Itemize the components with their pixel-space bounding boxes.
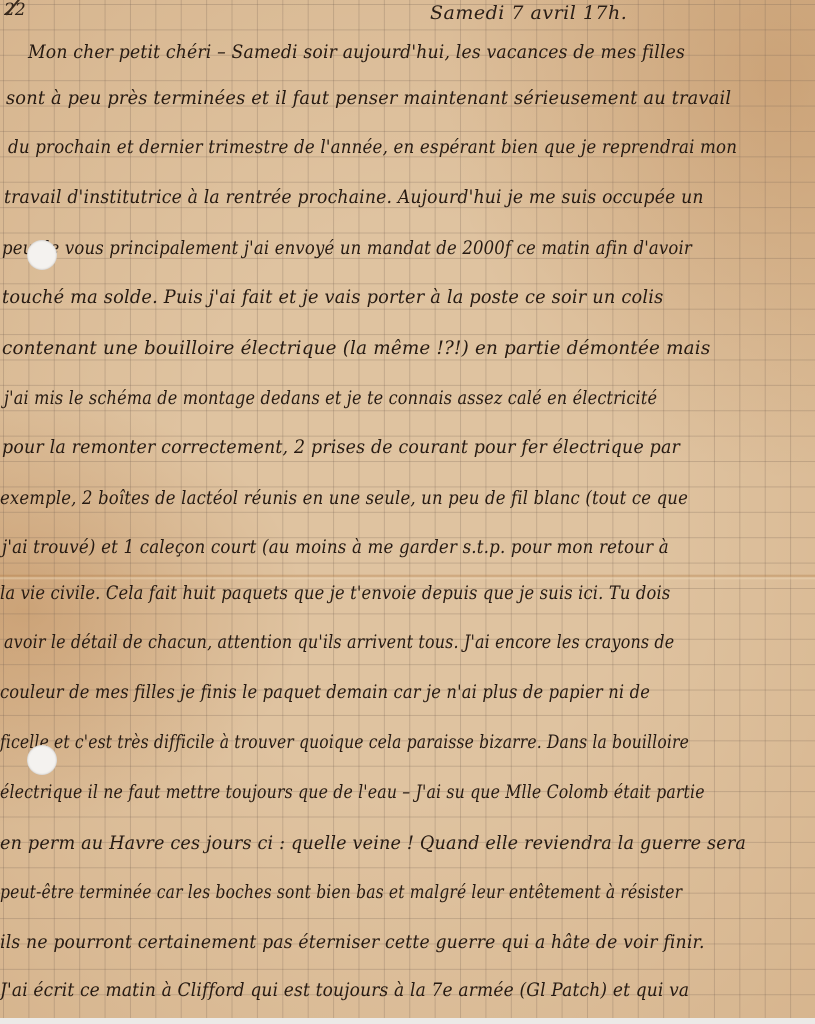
letter-line-2: sont à peu près terminées et il faut pen… bbox=[6, 88, 731, 109]
punch-hole-top bbox=[27, 240, 57, 270]
letter-line-7: contenant une bouilloire électrique (la … bbox=[2, 338, 710, 359]
letter-date: Samedi 7 avril 17h. bbox=[430, 2, 627, 24]
letter-line-5: peu de vous principalement j'ai envoyé u… bbox=[2, 238, 692, 259]
letter-line-14: couleur de mes filles je finis le paquet… bbox=[0, 682, 650, 703]
letter-page: 22 Samedi 7 avril 17h. Mon cher petit ch… bbox=[0, 0, 815, 1018]
letter-line-19: ils ne pourront certainement pas éternis… bbox=[0, 932, 705, 953]
letter-line-13: avoir le détail de chacun, attention qu'… bbox=[4, 632, 674, 653]
letter-line-20: J'ai écrit ce matin à Clifford qui est t… bbox=[0, 980, 689, 1001]
letter-line-10: exemple, 2 boîtes de lactéol réunis en u… bbox=[0, 488, 688, 509]
punch-hole-bottom bbox=[27, 745, 57, 775]
letter-line-12: la vie civile. Cela fait huit paquets qu… bbox=[0, 583, 670, 604]
letter-line-16: électrique il ne faut mettre toujours qu… bbox=[0, 782, 705, 803]
letter-line-11: j'ai trouvé) et 1 caleçon court (au moin… bbox=[2, 537, 669, 558]
letter-line-17: en perm au Havre ces jours ci : quelle v… bbox=[0, 833, 746, 854]
scan-margin bbox=[0, 1018, 815, 1024]
letter-line-18: peut-être terminée car les boches sont b… bbox=[0, 882, 682, 903]
letter-line-1: Mon cher petit chéri – Samedi soir aujou… bbox=[28, 42, 685, 63]
letter-line-3: du prochain et dernier trimestre de l'an… bbox=[8, 137, 737, 158]
fold-crease bbox=[0, 574, 815, 580]
letter-line-6: touché ma solde. Puis j'ai fait et je va… bbox=[2, 287, 663, 308]
letter-line-15: ficelle et c'est très difficile à trouve… bbox=[0, 732, 689, 753]
letter-line-8: j'ai mis le schéma de montage dedans et … bbox=[4, 388, 657, 409]
letter-line-9: pour la remonter correctement, 2 prises … bbox=[2, 437, 680, 458]
letter-line-4: travail d'institutrice à la rentrée proc… bbox=[4, 187, 704, 208]
